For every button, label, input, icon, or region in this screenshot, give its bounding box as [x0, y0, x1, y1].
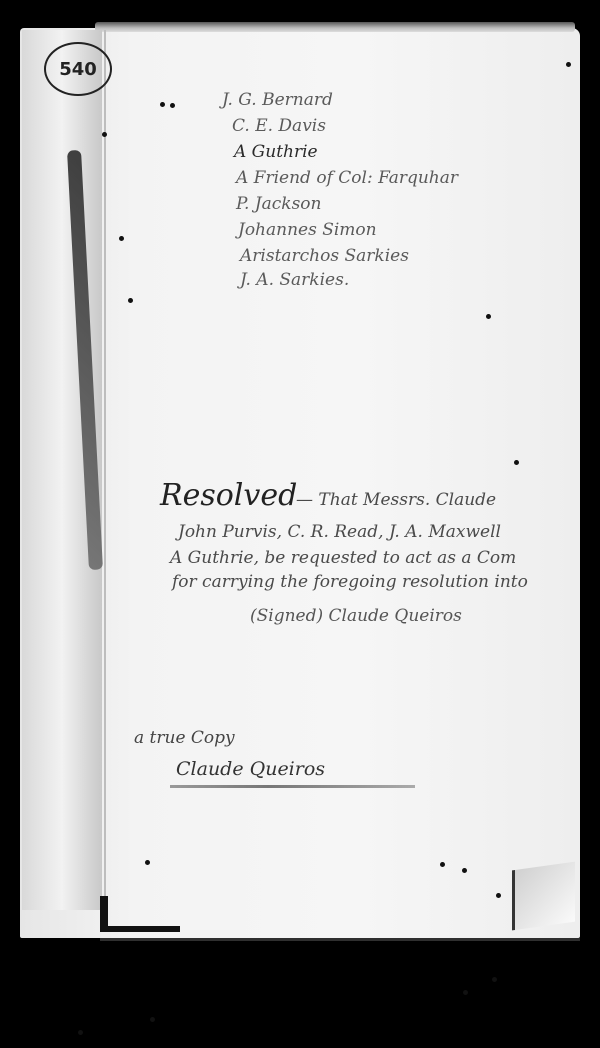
resolution-line: for carrying the foregoing resolution in…: [172, 572, 528, 592]
resolution-line: John Purvis, C. R. Read, J. A. Maxwell: [178, 522, 501, 542]
ink-dot: [440, 862, 445, 867]
ink-dot: [514, 460, 519, 465]
signatory-name: C. E. Davis: [232, 116, 326, 136]
ink-dot: [492, 977, 497, 982]
page-top-edge: [95, 22, 575, 32]
ink-dot: [463, 990, 468, 995]
resolution-line: A Guthrie, be requested to act as a Com: [170, 548, 516, 568]
attestation-signature: Claude Queiros: [176, 758, 325, 780]
ink-dot: [486, 314, 491, 319]
signatory-name: J. G. Bernard: [222, 90, 333, 110]
ink-dot: [102, 132, 107, 137]
page-number-stamp: 540: [44, 42, 112, 96]
corner-ink-mark-bottom: [100, 926, 180, 932]
signatory-name: P. Jackson: [236, 194, 321, 214]
ink-dot: [119, 236, 124, 241]
folded-corner: [512, 862, 575, 931]
signatory-name: Johannes Simon: [238, 220, 377, 240]
signatory-name: A Guthrie: [234, 142, 318, 162]
page-number: 540: [59, 59, 97, 80]
ink-dot: [145, 860, 150, 865]
ink-dot: [566, 62, 571, 67]
ink-dot: [128, 298, 133, 303]
true-copy-label: a true Copy: [134, 728, 235, 748]
vertical-fold-line: [104, 30, 106, 930]
signed-line: (Signed) Claude Queiros: [250, 606, 462, 626]
signature-underline: [170, 785, 415, 788]
signatory-name: A Friend of Col: Farquhar: [236, 168, 458, 188]
resolution-heading: Resolved: [160, 478, 297, 513]
signatory-name: J. A. Sarkies.: [240, 270, 349, 290]
ink-dot: [462, 868, 467, 873]
ink-dot: [78, 1030, 83, 1035]
horizontal-fold-line: [100, 938, 580, 941]
ink-dot: [160, 102, 165, 107]
signatory-name: Aristarchos Sarkies: [240, 246, 409, 266]
ink-dot: [170, 103, 175, 108]
resolution-line: — That Messrs. Claude: [296, 490, 496, 510]
corner-ink-mark: [100, 896, 108, 930]
ink-dot: [150, 1017, 155, 1022]
ink-dot: [496, 893, 501, 898]
